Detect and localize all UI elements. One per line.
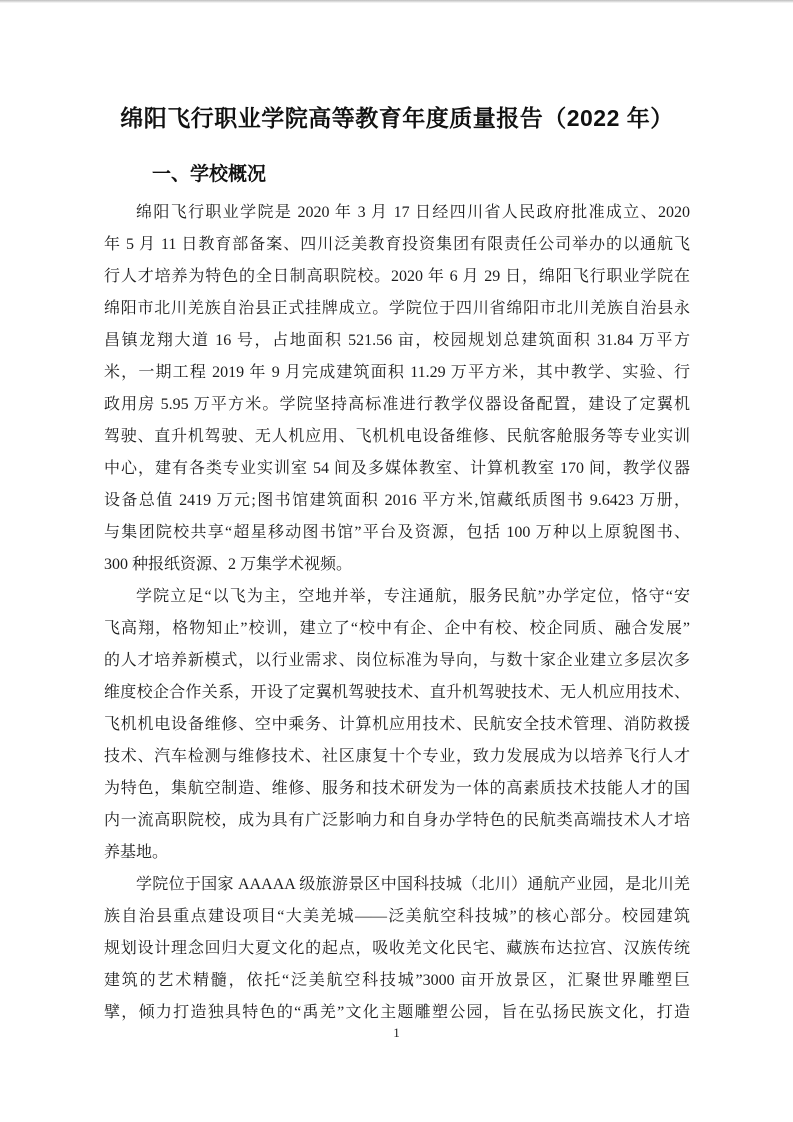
page-number: 1 [0, 1024, 793, 1042]
document-page: 绵阳飞行职业学院高等教育年度质量报告（2022 年） 一、学校概况 绵阳飞行职业… [0, 0, 793, 1122]
text-line: 内一流高职院校，成为具有广泛影响力和自身办学特色的民航类高端技术人才培 [104, 805, 690, 837]
text-line: 政用房 5.95 万平方米。学院坚持高标准进行教学仪器设备配置，建设了定翼机 [104, 389, 690, 421]
text-line: 飞机机电设备维修、空中乘务、计算机应用技术、民航安全技术管理、消防救援 [104, 709, 690, 741]
paragraph: 绵阳飞行职业学院是 2020 年 3 月 17 日经四川省人民政府批准成立、20… [104, 197, 690, 581]
text-line: 年 5 月 11 日教育部备案、四川泛美教育投资集团有限责任公司举办的以通航飞 [104, 229, 690, 261]
text-line: 维度校企合作关系，开设了定翼机驾驶技术、直升机驾驶技术、无人机应用技术、 [104, 677, 690, 709]
document-title: 绵阳飞行职业学院高等教育年度质量报告（2022 年） [104, 101, 690, 135]
paragraph: 学院位于国家 AAAAA 级旅游景区中国科技城（北川）通航产业园，是北川羌族自治… [104, 869, 690, 1029]
text-line: 驾驶、直升机驾驶、无人机应用、飞机机电设备维修、民航客舱服务等专业实训 [104, 421, 690, 453]
text-line: 设备总值 2419 万元;图书馆建筑面积 2016 平方米,馆藏纸质图书 9.6… [104, 485, 690, 517]
paragraph: 学院立足“以飞为主，空地并举，专注通航，服务民航”办学定位，恪守“安飞高翔，格物… [104, 581, 690, 869]
text-line: 学院立足“以飞为主，空地并举，专注通航，服务民航”办学定位，恪守“安 [104, 581, 690, 613]
section-heading: 一、学校概况 [104, 159, 690, 191]
document-body: 绵阳飞行职业学院是 2020 年 3 月 17 日经四川省人民政府批准成立、20… [104, 197, 690, 1029]
text-line: 族自治县重点建设项目“大美羌城——泛美航空科技城”的核心部分。校园建筑 [104, 901, 690, 933]
text-line: 规划设计理念回归大夏文化的起点，吸收羌文化民宅、藏族布达拉宫、汉族传统 [104, 933, 690, 965]
text-line: 300 种报纸资源、2 万集学术视频。 [104, 549, 690, 581]
text-line: 飞高翔，格物知止”校训，建立了“校中有企、企中有校、校企同质、融合发展” [104, 613, 690, 645]
text-line: 为特色，集航空制造、维修、服务和技术研发为一体的高素质技术技能人才的国 [104, 773, 690, 805]
text-line: 建筑的艺术精髓，依托“泛美航空科技城”3000 亩开放景区，汇聚世界雕塑巨 [104, 965, 690, 997]
text-line: 技术、汽车检测与维修技术、社区康复十个专业，致力发展成为以培养飞行人才 [104, 741, 690, 773]
text-line: 的人才培养新模式，以行业需求、岗位标准为导向，与数十家企业建立多层次多 [104, 645, 690, 677]
text-line: 学院位于国家 AAAAA 级旅游景区中国科技城（北川）通航产业园，是北川羌 [104, 869, 690, 901]
text-line: 昌镇龙翔大道 16 号，占地面积 521.56 亩，校园规划总建筑面积 31.8… [104, 325, 690, 357]
text-line: 米，一期工程 2019 年 9 月完成建筑面积 11.29 万平方米，其中教学、… [104, 357, 690, 389]
text-line: 养基地。 [104, 837, 690, 869]
text-line: 绵阳市北川羌族自治县正式挂牌成立。学院位于四川省绵阳市北川羌族自治县永 [104, 293, 690, 325]
text-line: 与集团院校共享“超星移动图书馆”平台及资源，包括 100 万种以上原貌图书、 [104, 517, 690, 549]
text-line: 行人才培养为特色的全日制高职院校。2020 年 6 月 29 日，绵阳飞行职业学… [104, 261, 690, 293]
page-content: 绵阳飞行职业学院高等教育年度质量报告（2022 年） 一、学校概况 绵阳飞行职业… [104, 0, 690, 1029]
text-line: 中心，建有各类专业实训室 54 间及多媒体教室、计算机教室 170 间，教学仪器 [104, 453, 690, 485]
text-line: 绵阳飞行职业学院是 2020 年 3 月 17 日经四川省人民政府批准成立、20… [104, 197, 690, 229]
